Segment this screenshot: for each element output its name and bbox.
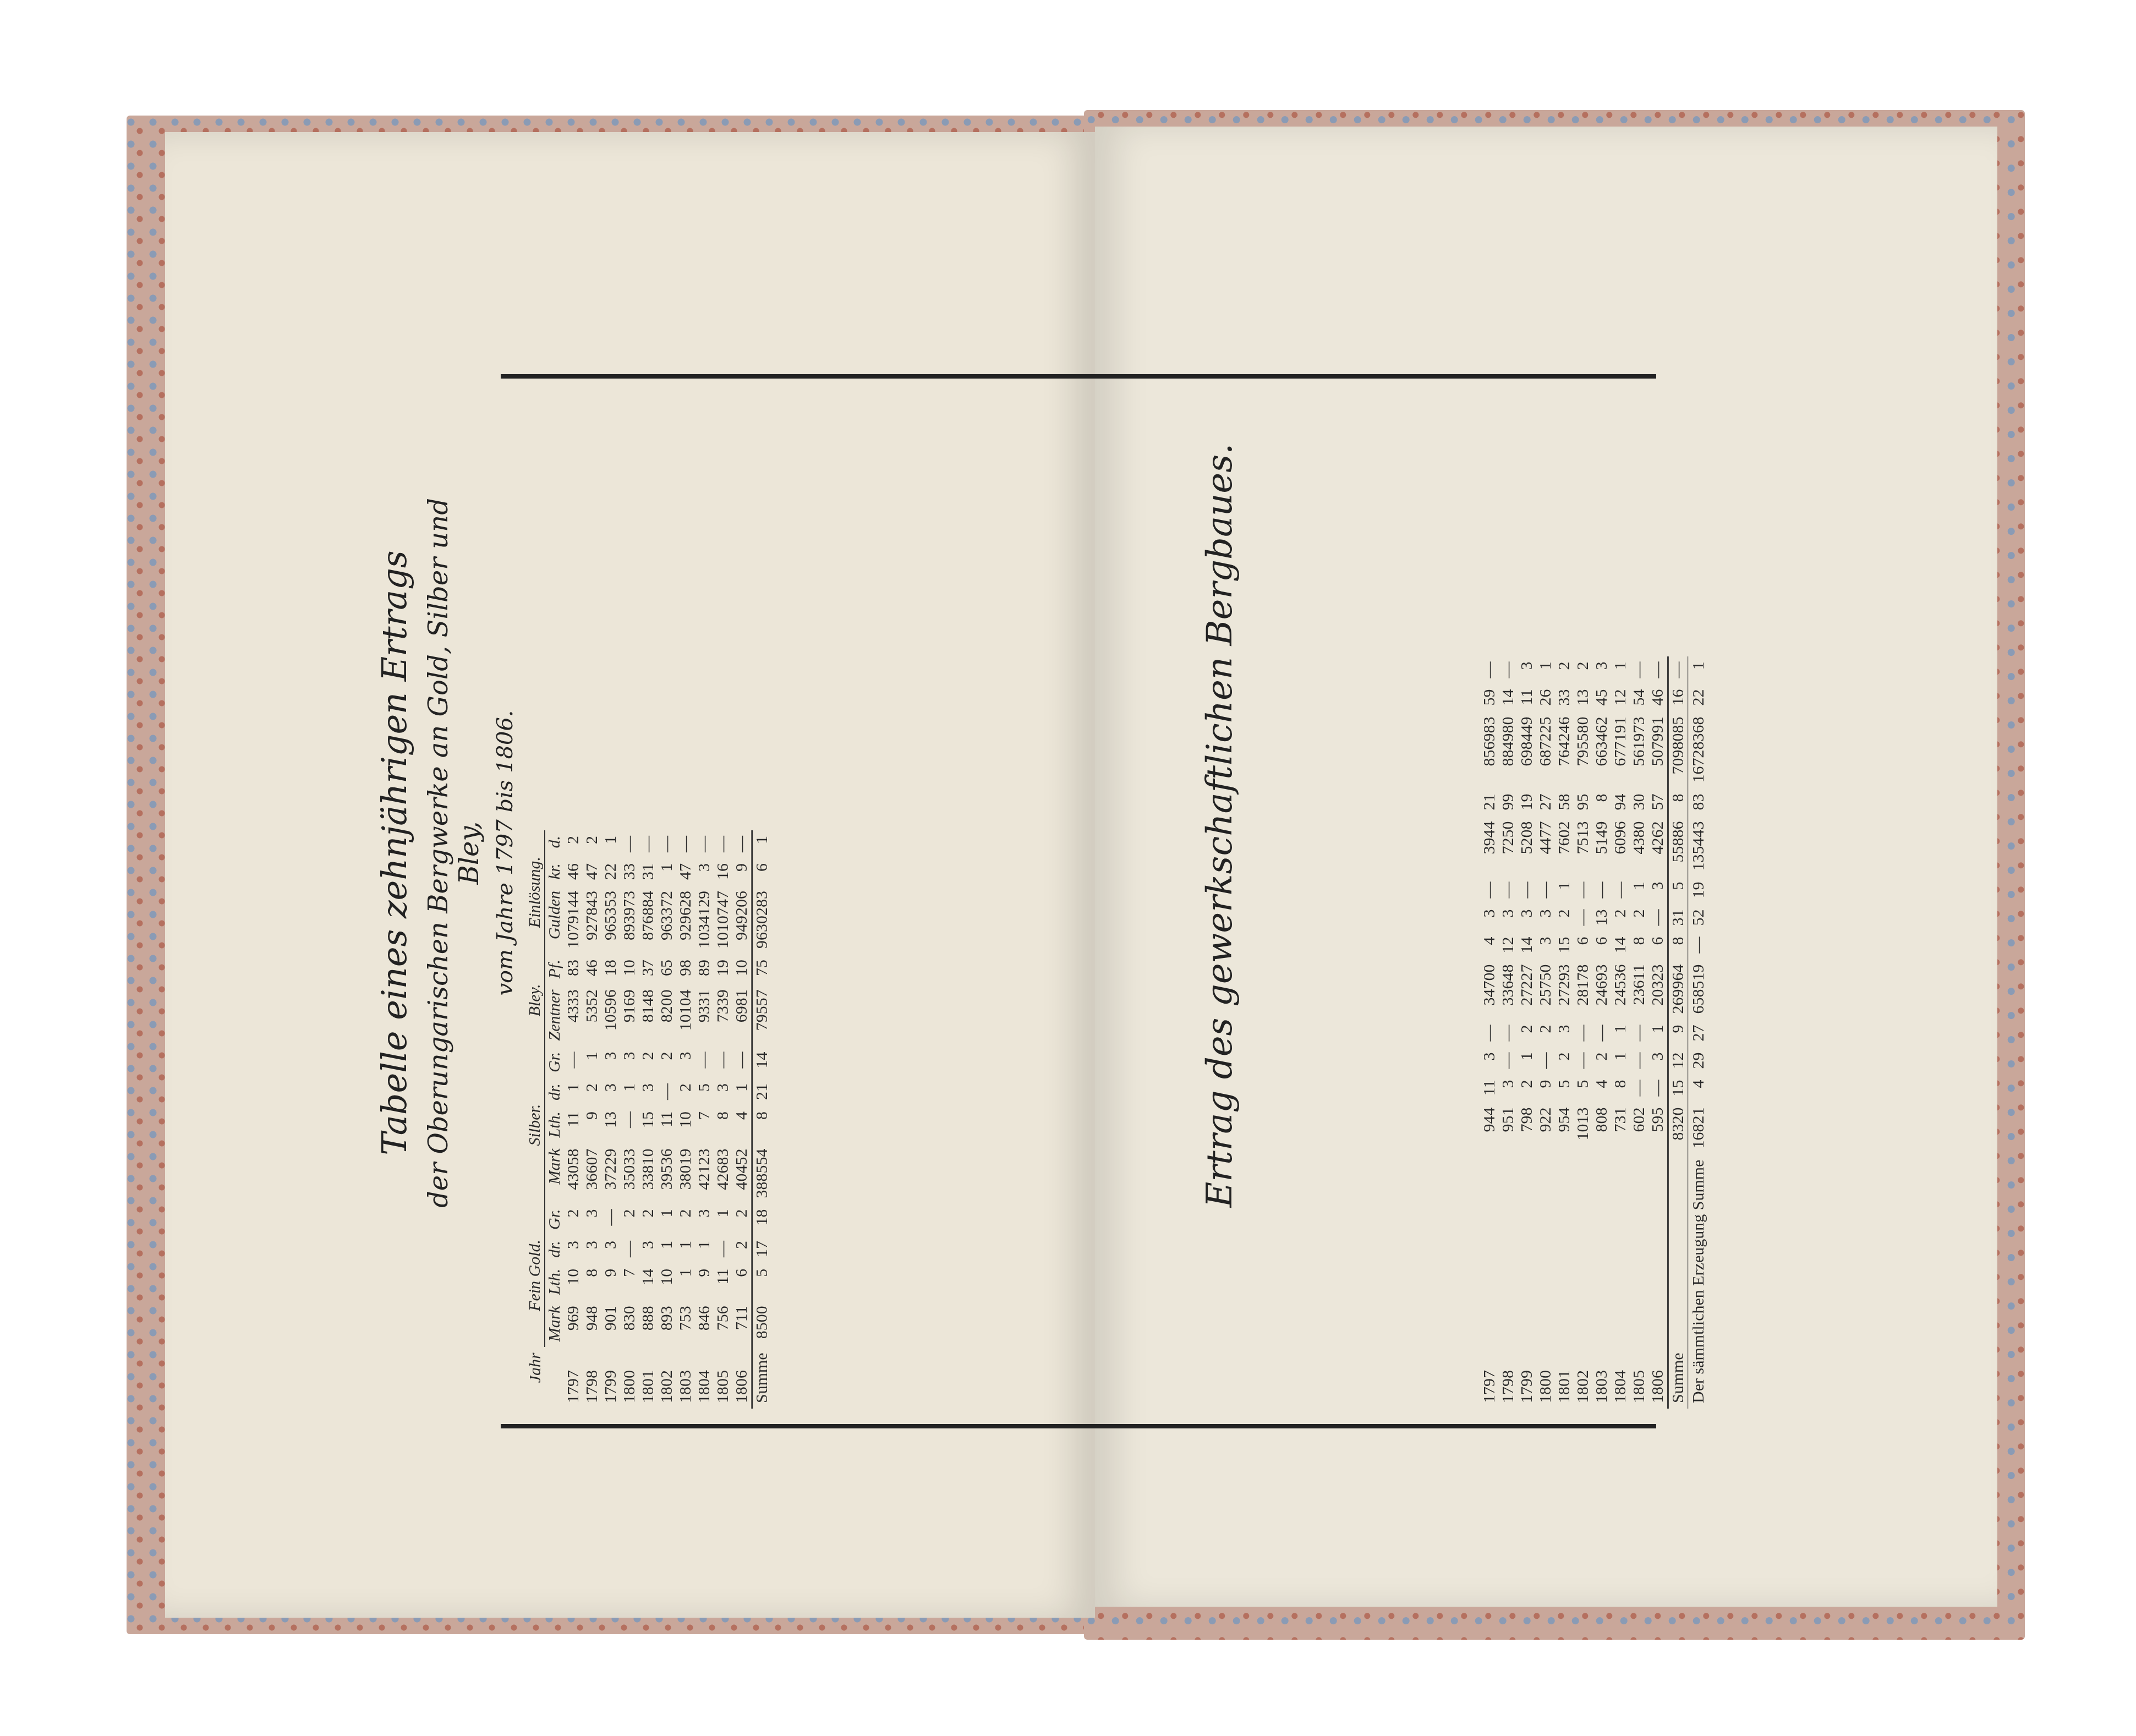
table-cell: — — [1648, 1075, 1668, 1102]
table-cell: 1 — [601, 830, 620, 858]
column-header: Zentner — [545, 984, 564, 1046]
table-cell: 5 — [1668, 877, 1689, 904]
table-cell: 1 — [583, 1047, 601, 1078]
table-cell: 6 — [732, 1263, 752, 1301]
column-header: Gr. — [545, 1047, 564, 1078]
table-cell: — — [1630, 656, 1648, 684]
table-cell: 4 — [732, 1106, 752, 1143]
table-cell: 948 — [583, 1300, 601, 1347]
table-row: Der sämmtlichen Erzeugung Summe168214292… — [1689, 656, 1708, 1409]
table-row: 1806595—31203236—342625750799146— — [1648, 656, 1668, 1409]
table-row: 1803753112380191023101049892962847— — [676, 830, 695, 1409]
group-header: Einlösung. — [525, 830, 545, 954]
table-cell: 9 — [583, 1106, 601, 1143]
table-cell: 1 — [658, 1235, 676, 1263]
table-cell: — — [658, 1078, 676, 1106]
column-header: Mark — [545, 1143, 564, 1203]
table-cell: 18 — [752, 1203, 772, 1235]
table-cell: 888 — [639, 1300, 658, 1347]
table-cell: Der sämmtlichen Erzeugung Summe — [1689, 1154, 1708, 1409]
table-cell: — — [1592, 877, 1611, 904]
table-cell: 3 — [601, 1078, 620, 1106]
group-header-row: Jahr Fein Gold. Silber. Bley. Einlösung. — [525, 830, 545, 1409]
table-cell: 16728368 — [1689, 711, 1708, 788]
table-cell: 5149 — [1592, 816, 1611, 877]
table-cell: 15 — [1668, 1075, 1689, 1102]
left-table: Jahr Fein Gold. Silber. Bley. Einlösung.… — [525, 830, 771, 1409]
table-cell: 1798 — [1499, 1154, 1518, 1409]
table-cell: 2 — [1574, 656, 1592, 684]
right-table-wrapper: 1797944113—3470043—39442185698359—179895… — [1480, 656, 1708, 1409]
table-cell: 14 — [752, 1047, 772, 1078]
table-cell: 1 — [658, 1203, 676, 1235]
column-header: dr. — [545, 1235, 564, 1263]
table-cell: 3 — [1518, 656, 1536, 684]
table-cell: 7 — [620, 1263, 639, 1301]
table-cell: — — [1648, 656, 1668, 684]
table-cell: 2 — [1536, 1020, 1555, 1047]
table-cell: 10 — [620, 954, 639, 984]
table-cell: — — [1630, 1020, 1648, 1047]
table-cell: — — [601, 1203, 620, 1235]
table-cell: 8500 — [752, 1300, 772, 1347]
table-cell: 1 — [714, 1203, 732, 1235]
table-cell: 1802 — [658, 1347, 676, 1409]
table-cell: 3 — [695, 858, 714, 885]
table-cell: — — [732, 830, 752, 858]
table-cell: — — [1648, 904, 1668, 932]
table-cell: 1079144 — [564, 885, 583, 954]
column-header: d. — [545, 830, 564, 858]
table-cell: 24693 — [1592, 959, 1611, 1020]
table-cell: 10104 — [676, 984, 695, 1046]
left-date-range: vom Jahre 1797 bis 1806. — [492, 495, 518, 1211]
table-row: 179990193—3722913331059618965353221 — [601, 830, 620, 1409]
table-cell: 2 — [1630, 904, 1648, 932]
table-cell: 3 — [1648, 877, 1668, 904]
table-cell: 13 — [1574, 684, 1592, 711]
column-header: Lth. — [545, 1106, 564, 1143]
table-cell: 756 — [714, 1300, 732, 1347]
table-cell: 31 — [639, 858, 658, 885]
table-cell: — — [1536, 877, 1555, 904]
table-cell: 17 — [752, 1235, 772, 1263]
group-header: Silber. — [525, 1047, 545, 1204]
left-title: Tabelle eines zehnjährigen Ertrags — [374, 495, 414, 1211]
table-cell: 45 — [1592, 684, 1611, 711]
table-cell: 2 — [583, 830, 601, 858]
table-cell: 1806 — [732, 1347, 752, 1409]
table-cell: 7098085 — [1668, 711, 1689, 788]
table-cell: 10 — [732, 954, 752, 984]
table-cell: 23611 — [1630, 959, 1648, 1020]
table-row: 179894883336607921535246927843472 — [583, 830, 601, 1409]
table-cell: Summe — [1668, 1154, 1689, 1409]
table-cell: 8148 — [639, 984, 658, 1046]
table-cell: 34700 — [1480, 959, 1499, 1020]
table-cell: 1800 — [620, 1347, 639, 1409]
table-cell: 2 — [639, 1203, 658, 1235]
table-cell: 711 — [732, 1300, 752, 1347]
table-cell: 677191 — [1611, 711, 1630, 788]
table-cell: 795580 — [1574, 711, 1592, 788]
table-cell: 83 — [1689, 788, 1708, 816]
table-cell: — — [620, 1235, 639, 1263]
table-cell: 47 — [583, 858, 601, 885]
table-cell: 6096 — [1611, 816, 1630, 877]
table-cell: — — [695, 830, 714, 858]
right-title: Ertrag des gewerkschaftlichen Bergbaues. — [1200, 385, 1240, 1266]
table-cell: 4477 — [1536, 816, 1555, 877]
table-cell: — — [1630, 1047, 1648, 1075]
table-cell: 2 — [1518, 1075, 1536, 1102]
table-cell: 10 — [658, 1263, 676, 1301]
table-cell: 929628 — [676, 885, 695, 954]
table-cell: 54 — [1630, 684, 1648, 711]
table-cell: 5 — [1574, 1075, 1592, 1102]
table-cell: 39536 — [658, 1143, 676, 1203]
left-subtitle: der Oberungarischen Bergwerke an Gold, S… — [423, 495, 485, 1211]
table-cell: 3 — [1592, 656, 1611, 684]
table-cell: 1 — [676, 1263, 695, 1301]
left-title-block: Tabelle eines zehnjährigen Ertrags der O… — [374, 495, 518, 1211]
table-cell: 59 — [1480, 684, 1499, 711]
table-cell: 561973 — [1630, 711, 1648, 788]
table-row: 18009229—22575033—447727687225261 — [1536, 656, 1555, 1409]
table-row: 180473181124536142—609694677191121 — [1611, 656, 1630, 1409]
table-cell: 43058 — [564, 1143, 583, 1203]
table-cell: 16 — [714, 858, 732, 885]
table-cell: 16 — [1668, 684, 1689, 711]
table-row: 18008307—235033—1391691089397333— — [620, 830, 639, 1409]
table-cell: 46 — [564, 858, 583, 885]
table-cell: 11 — [1518, 684, 1536, 711]
table-cell: 876884 — [639, 885, 658, 954]
right-table-body: 1797944113—3470043—39442185698359—179895… — [1480, 656, 1708, 1409]
table-cell: 1 — [1555, 877, 1574, 904]
table-cell: 9 — [1668, 1020, 1689, 1047]
table-cell: 18 — [601, 954, 620, 984]
table-cell: 55886 — [1668, 816, 1689, 877]
table-cell: — — [1518, 877, 1536, 904]
table-cell: 1 — [1689, 656, 1708, 684]
group-header: Fein Gold. — [525, 1203, 545, 1347]
table-cell: — — [1689, 932, 1708, 959]
table-cell: 29 — [1689, 1047, 1708, 1075]
table-cell: 37229 — [601, 1143, 620, 1203]
table-cell: 2 — [1611, 904, 1630, 932]
table-cell: 1801 — [639, 1347, 658, 1409]
table-cell: 42683 — [714, 1143, 732, 1203]
table-cell: 33648 — [1499, 959, 1518, 1020]
table-cell: 94 — [1611, 788, 1630, 816]
table-cell: 10 — [676, 1106, 695, 1143]
table-cell: 24536 — [1611, 959, 1630, 1020]
table-cell: 95 — [1574, 788, 1592, 816]
table-cell: 9 — [732, 858, 752, 885]
table-cell: 58 — [1555, 788, 1574, 816]
table-cell: 3 — [1536, 904, 1555, 932]
table-cell: — — [1536, 1047, 1555, 1075]
column-header: Gr. — [545, 1203, 564, 1235]
table-cell: 99 — [1499, 788, 1518, 816]
table-cell: 8 — [714, 1106, 732, 1143]
table-cell: — — [1499, 877, 1518, 904]
table-cell: 98 — [676, 954, 695, 984]
table-cell: — — [676, 830, 695, 858]
table-cell: 27 — [1536, 788, 1555, 816]
table-cell: 6 — [1592, 932, 1611, 959]
table-cell: 965353 — [601, 885, 620, 954]
table-cell: 9 — [1536, 1075, 1555, 1102]
table-cell: 37 — [639, 954, 658, 984]
table-cell: 698449 — [1518, 711, 1536, 788]
table-cell: 1 — [752, 830, 772, 858]
table-cell: 3 — [639, 1235, 658, 1263]
table-cell: — — [620, 830, 639, 858]
right-title-block: Ertrag des gewerkschaftlichen Bergbaues. — [1200, 385, 1240, 1266]
table-cell: — — [1574, 1047, 1592, 1075]
table-cell: 884980 — [1499, 711, 1518, 788]
table-cell: 75 — [752, 954, 772, 984]
table-cell: 4 — [1689, 1075, 1708, 1102]
table-cell: 602 — [1630, 1102, 1648, 1154]
table-cell: 3 — [1648, 1047, 1668, 1075]
table-cell: 3944 — [1480, 816, 1499, 877]
table-cell: 1802 — [1574, 1154, 1592, 1409]
table-cell: 20323 — [1648, 959, 1668, 1020]
table-cell: 12 — [1611, 684, 1630, 711]
table-cell: 33 — [1555, 684, 1574, 711]
table-row: 180289310113953611—28200659633721— — [658, 830, 676, 1409]
table-cell: — — [1499, 1047, 1518, 1075]
table-cell: 8 — [1611, 1075, 1630, 1102]
table-row: Summe8320151292699648315558868709808516— — [1668, 656, 1689, 1409]
table-cell: — — [1574, 904, 1592, 932]
table-cell: 4380 — [1630, 816, 1648, 877]
table-cell: 19 — [1518, 788, 1536, 816]
table-cell: 9630283 — [752, 885, 772, 954]
table-cell: 1799 — [601, 1347, 620, 1409]
table-cell: 12 — [1499, 932, 1518, 959]
table-cell: 5352 — [583, 984, 601, 1046]
table-cell: 798 — [1518, 1102, 1536, 1154]
table-cell: 658519 — [1689, 959, 1708, 1020]
table-cell: 3 — [583, 1203, 601, 1235]
table-cell: 808 — [1592, 1102, 1611, 1154]
table-cell: 21 — [752, 1078, 772, 1106]
table-cell: 65 — [658, 954, 676, 984]
table-cell: 2 — [1555, 1047, 1574, 1075]
table-cell: 1 — [620, 1078, 639, 1106]
table-cell: 1806 — [1648, 1154, 1668, 1409]
table-cell: 10596 — [601, 984, 620, 1046]
table-cell: 11 — [564, 1106, 583, 1143]
table-cell: 4 — [1480, 932, 1499, 959]
table-cell: 1805 — [1630, 1154, 1648, 1409]
table-cell: 8 — [752, 1106, 772, 1143]
table-cell: 5 — [752, 1263, 772, 1301]
table-cell: 9331 — [695, 984, 714, 1046]
table-cell: 2 — [1592, 1047, 1611, 1075]
table-cell: 3 — [601, 1047, 620, 1078]
table-cell: 7250 — [1499, 816, 1518, 877]
table-cell: 13 — [601, 1106, 620, 1143]
table-cell: 19 — [1689, 877, 1708, 904]
table-cell: 1803 — [1592, 1154, 1611, 1409]
table-cell: — — [658, 830, 676, 858]
table-cell: 2 — [676, 1078, 695, 1106]
table-cell: 8320 — [1668, 1102, 1689, 1154]
table-cell: 3 — [1536, 932, 1555, 959]
table-cell: 14 — [1611, 932, 1630, 959]
column-header: kr. — [545, 858, 564, 885]
table-cell: 4 — [1592, 1075, 1611, 1102]
table-cell: 1 — [732, 1078, 752, 1106]
table-cell: 33 — [620, 858, 639, 885]
table-cell: 3 — [639, 1078, 658, 1106]
table-cell: — — [1574, 1020, 1592, 1047]
table-cell: 47 — [676, 858, 695, 885]
table-cell: 3 — [583, 1235, 601, 1263]
table-cell: 2 — [583, 1078, 601, 1106]
table-cell: 2 — [658, 1047, 676, 1078]
column-header: Pf. — [545, 954, 564, 984]
table-cell: — — [1574, 877, 1592, 904]
table-cell: 19 — [714, 954, 732, 984]
column-header: Lth. — [545, 1263, 564, 1301]
table-cell: 1 — [1611, 1020, 1630, 1047]
table-cell: 1 — [1611, 656, 1630, 684]
table-cell: 27227 — [1518, 959, 1536, 1020]
table-cell: 1805 — [714, 1347, 732, 1409]
table-cell: 35033 — [620, 1143, 639, 1203]
table-cell: 40452 — [732, 1143, 752, 1203]
table-row: 1801888143233810153281483787688431— — [639, 830, 658, 1409]
table-cell: 830 — [620, 1300, 639, 1347]
table-cell: 14 — [639, 1263, 658, 1301]
table-cell: 969 — [564, 1300, 583, 1347]
table-cell: 9 — [695, 1263, 714, 1301]
table-cell: 1010747 — [714, 885, 732, 954]
table-row: 1801954523272931521760258764246332 — [1555, 656, 1574, 1409]
table-cell: — — [714, 1047, 732, 1078]
table-cell: — — [732, 1047, 752, 1078]
table-cell: 15 — [639, 1106, 658, 1143]
table-cell: 1804 — [695, 1347, 714, 1409]
table-cell: 15 — [1555, 932, 1574, 959]
table-row: 1805602———2361182143803056197354— — [1630, 656, 1648, 1409]
table-cell: 954 — [1555, 1102, 1574, 1154]
table-cell: 731 — [1611, 1102, 1630, 1154]
table-cell: 3 — [1555, 1020, 1574, 1047]
table-cell: 7 — [695, 1106, 714, 1143]
table-cell: 57 — [1648, 788, 1668, 816]
table-cell: 3 — [714, 1078, 732, 1106]
table-cell: 1797 — [564, 1347, 583, 1409]
table-cell: — — [564, 1047, 583, 1078]
table-cell: 52 — [1689, 904, 1708, 932]
table-cell: 3 — [1518, 904, 1536, 932]
table-row: 180575611—14268383—733919101074716— — [714, 830, 732, 1409]
table-cell: 2 — [564, 1203, 583, 1235]
table-row: 18067116224045241—6981109492069— — [732, 830, 752, 1409]
table-cell: 25750 — [1536, 959, 1555, 1020]
table-cell: 46 — [583, 954, 601, 984]
table-cell: 135443 — [1689, 816, 1708, 877]
table-cell: 846 — [695, 1300, 714, 1347]
table-cell: 269964 — [1668, 959, 1689, 1020]
table-cell: 1 — [564, 1078, 583, 1106]
table-cell: 1804 — [1611, 1154, 1630, 1409]
table-cell: 5208 — [1518, 816, 1536, 877]
table-cell: 5 — [1555, 1075, 1574, 1102]
group-header: Bley. — [525, 954, 545, 1047]
table-cell: 9 — [601, 1263, 620, 1301]
table-cell: 9169 — [620, 984, 639, 1046]
table-cell: 3 — [601, 1235, 620, 1263]
table-cell: 26 — [1536, 684, 1555, 711]
table-cell: 22 — [1689, 684, 1708, 711]
column-header-row: Mark Lth. dr. Gr. Mark Lth. dr. Gr. Zent… — [545, 830, 564, 1409]
table-cell: — — [1499, 656, 1518, 684]
table-cell: 856983 — [1480, 711, 1499, 788]
table-cell: 2 — [676, 1203, 695, 1235]
right-table: 1797944113—3470043—39442185698359—179895… — [1480, 656, 1708, 1409]
table-cell: 2 — [732, 1203, 752, 1235]
table-cell: 1801 — [1555, 1154, 1574, 1409]
left-table-body: 1797969103243058111—43338310791444621798… — [564, 830, 771, 1409]
table-cell: 507991 — [1648, 711, 1668, 788]
table-cell: 2 — [564, 830, 583, 858]
table-cell: 11 — [1480, 1075, 1499, 1102]
table-cell: 30 — [1630, 788, 1648, 816]
table-row: 18048469134212375—93318910341293— — [695, 830, 714, 1409]
table-cell: 922 — [1536, 1102, 1555, 1154]
table-cell: — — [695, 1047, 714, 1078]
table-cell: 1 — [658, 858, 676, 885]
table-cell: 12 — [1668, 1047, 1689, 1075]
table-cell: 8 — [1630, 932, 1648, 959]
table-cell: 1799 — [1518, 1154, 1536, 1409]
left-table-wrapper: Jahr Fein Gold. Silber. Bley. Einlösung.… — [525, 830, 771, 1409]
table-cell: 42123 — [695, 1143, 714, 1203]
table-cell: 79557 — [752, 984, 772, 1046]
table-cell: 1803 — [676, 1347, 695, 1409]
column-header: dr. — [545, 1078, 564, 1106]
table-cell: 3 — [620, 1047, 639, 1078]
table-cell: 893 — [658, 1300, 676, 1347]
table-cell: — — [1668, 656, 1689, 684]
table-cell: 3 — [564, 1235, 583, 1263]
table-cell: 3 — [695, 1203, 714, 1235]
table-cell: — — [1480, 656, 1499, 684]
table-cell: 3 — [1499, 1075, 1518, 1102]
table-cell: 16821 — [1689, 1102, 1708, 1154]
table-cell: — — [1499, 1020, 1518, 1047]
table-cell: — — [639, 830, 658, 858]
table-cell: 687225 — [1536, 711, 1555, 788]
table-cell: 7339 — [714, 984, 732, 1046]
table-cell: 927843 — [583, 885, 601, 954]
table-cell: 3 — [1480, 1047, 1499, 1075]
table-cell: 893973 — [620, 885, 639, 954]
table-cell: — — [1630, 1075, 1648, 1102]
table-cell: 6 — [752, 858, 772, 885]
table-cell: 6 — [1648, 932, 1668, 959]
table-cell: 27293 — [1555, 959, 1574, 1020]
table-cell: 33810 — [639, 1143, 658, 1203]
